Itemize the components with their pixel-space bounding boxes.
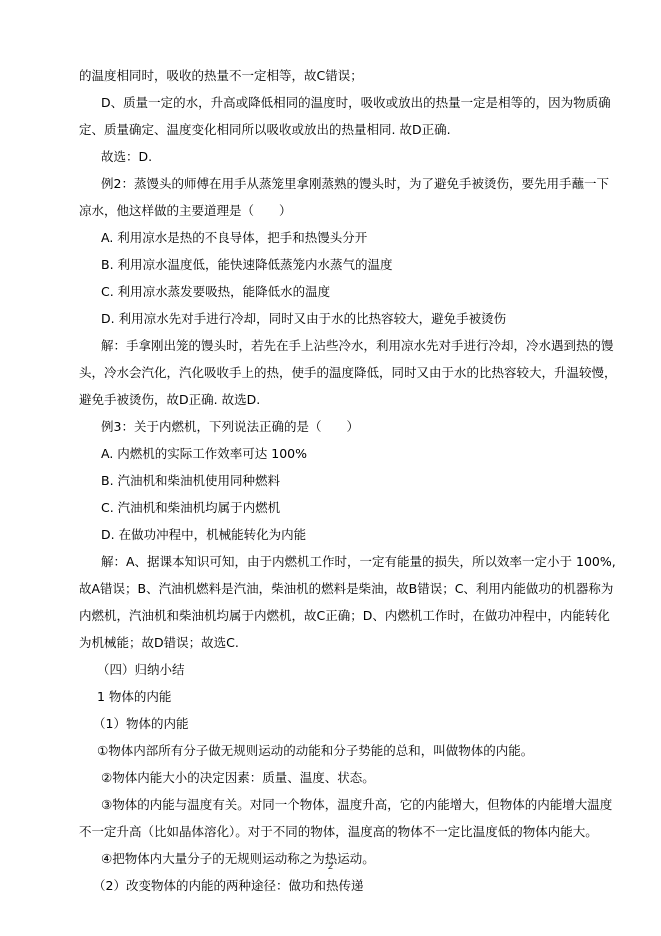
solution-text: 解：A、据课本知识可知，由于内燃机工作时，一定有能量的损失，所以效率一定小于 1…	[79, 548, 585, 575]
option-d: D. 在做功冲程中，机械能转化为内能	[79, 521, 585, 548]
option-b: B. 汽油机和柴油机使用同种燃料	[79, 467, 585, 494]
option-a: A. 利用凉水是热的不良导体，把手和热馒头分开	[79, 224, 585, 251]
example-question: 例2：蒸馒头的师傅在用手从蒸笼里拿刚蒸熟的馒头时，为了避免手被烫伤，要先用手蘸一…	[79, 170, 585, 197]
text-line: D、质量一定的水，升高或降低相同的温度时，吸收或放出的热量一定是相等的，因为物质…	[79, 89, 585, 116]
section-heading: （四）归纳小结	[79, 656, 585, 683]
subsection-heading: （2）改变物体的内能的两种途径：做功和热传递	[79, 872, 585, 899]
option-c: C. 汽油机和柴油机均属于内燃机	[79, 494, 585, 521]
solution-text: 解：手拿刚出笼的馒头时，若先在手上沾些冷水，利用凉水先对手进行冷却，冷水遇到热的…	[79, 332, 585, 359]
list-item: ②物体内能大小的决定因素：质量、温度、状态。	[79, 764, 585, 791]
solution-text: 为机械能；故D错误；故选C.	[79, 629, 585, 656]
solution-text: 避免手被烫伤，故D正确. 故选D.	[79, 386, 585, 413]
text-line: 的温度相同时，吸收的热量不一定相等，故C错误；	[79, 62, 585, 89]
list-item: ③物体的内能与温度有关。对同一个物体，温度升高，它的内能增大，但物体的内能增大温…	[79, 791, 585, 818]
solution-text: 故A错误；B、汽油机燃料是汽油，柴油机的燃料是柴油，故B错误；C、利用内能做功的…	[79, 575, 585, 602]
solution-text: 头，冷水会汽化，汽化吸收手上的热，使手的温度降低，同时又由于水的比热容较大，升温…	[79, 359, 585, 386]
option-a: A. 内燃机的实际工作效率可达 100%	[79, 440, 585, 467]
list-item: 不一定升高（比如晶体溶化）。对于不同的物体，温度高的物体不一定比温度低的物体内能…	[79, 818, 585, 845]
subsection-heading: 1 物体的内能	[79, 683, 585, 710]
list-item: ①物体内部所有分子做无规则运动的动能和分子势能的总和，叫做物体的内能。	[79, 737, 585, 764]
page-number: 2	[0, 862, 661, 872]
answer-line: 故选：D.	[79, 143, 585, 170]
option-b: B. 利用凉水温度低，能快速降低蒸笼内水蒸气的温度	[79, 251, 585, 278]
solution-text: 内燃机，汽油机和柴油机均属于内燃机，故C正确；D、内燃机工作时，在做功冲程中，内…	[79, 602, 585, 629]
subsection-heading: （1）物体的内能	[79, 710, 585, 737]
example-question: 凉水，他这样做的主要道理是（ ）	[79, 197, 585, 224]
option-d: D. 利用凉水先对手进行冷却，同时又由于水的比热容较大，避免手被烫伤	[79, 305, 585, 332]
text-line: 定、质量确定、温度变化相同所以吸收或放出的热量相同. 故D正确.	[79, 116, 585, 143]
example-question: 例3：关于内燃机，下列说法正确的是（ ）	[79, 413, 585, 440]
document-page: 的温度相同时，吸收的热量不一定相等，故C错误； D、质量一定的水，升高或降低相同…	[79, 62, 585, 899]
option-c: C. 利用凉水蒸发要吸热，能降低水的温度	[79, 278, 585, 305]
